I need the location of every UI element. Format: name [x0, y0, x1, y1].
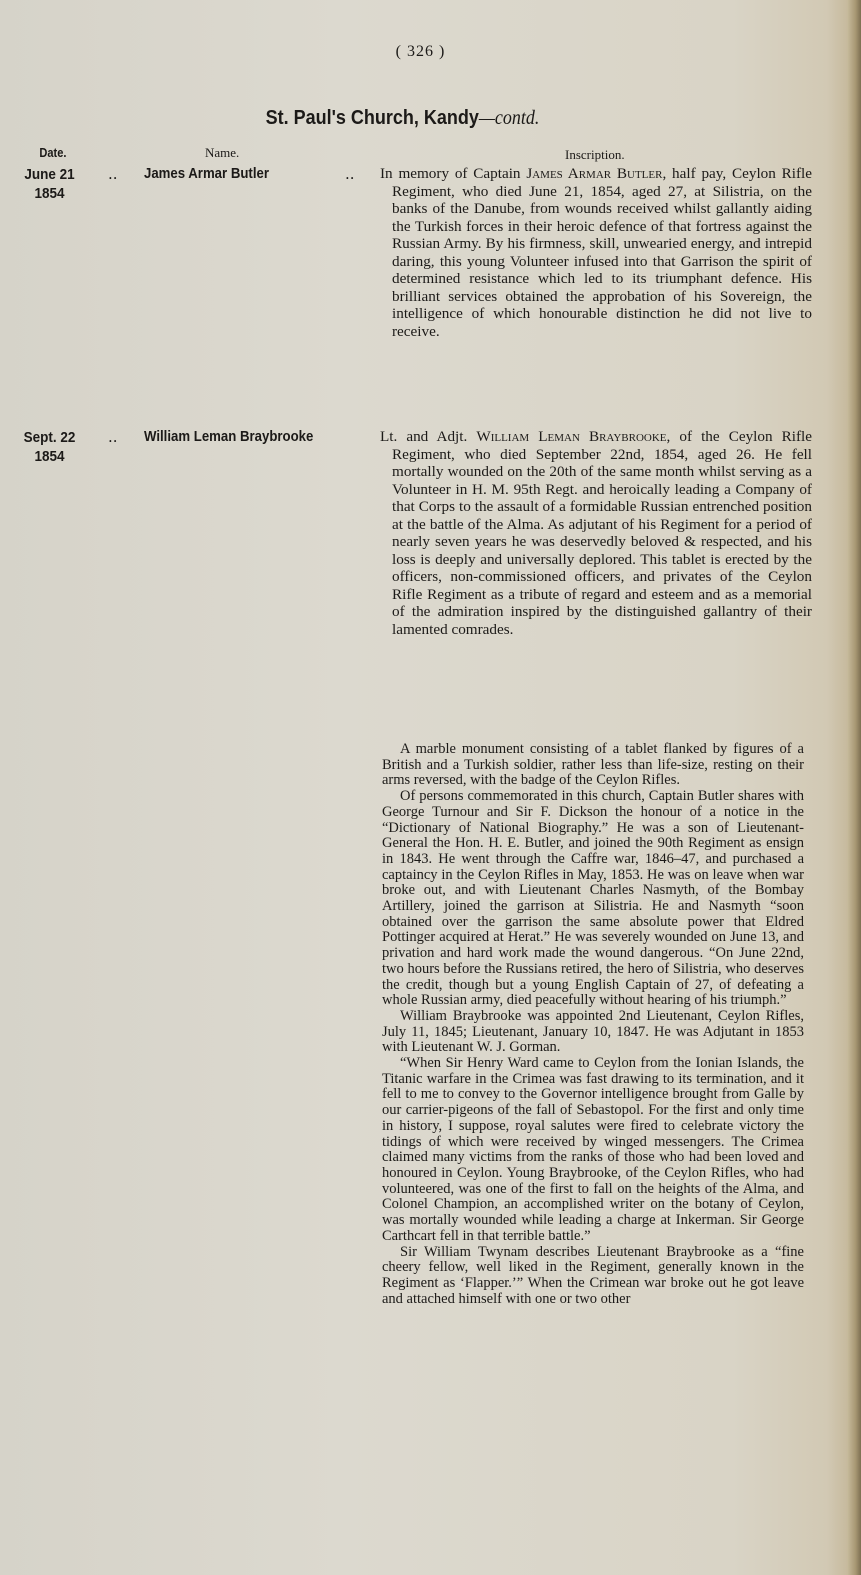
leader-dots: .. [108, 428, 118, 446]
title-contd: —contd. [479, 107, 539, 129]
page-number: ( 326 ) [0, 43, 851, 61]
note-paragraph: Sir William Twynam describes Lieutenant … [382, 1245, 804, 1308]
page-title: St. Paul's Church, Kandy—contd. [15, 107, 790, 130]
note-paragraph: William Braybrooke was appointed 2nd Lie… [382, 1009, 804, 1056]
entry-inscription: In memory of Captain James Armar Butler,… [380, 165, 812, 340]
note-paragraph: “When Sir Henry Ward came to Ceylon from… [382, 1056, 804, 1244]
title-main: St. Paul's Church, Kandy [266, 107, 479, 129]
entry-date: Sept. 22 1854 [18, 428, 81, 466]
note-paragraph: Of persons commemorated in this church, … [382, 789, 804, 1009]
entry-date: June 21 1854 [18, 165, 81, 203]
note-paragraph: A marble monument consisting of a tablet… [382, 742, 804, 789]
column-header-name: Name. [205, 145, 239, 161]
leader-dots: .. [108, 165, 118, 183]
leader-dots: .. [345, 165, 355, 183]
entry-name: James Armar Butler [144, 165, 269, 182]
entry-inscription: Lt. and Adjt. William Leman Braybrooke, … [380, 428, 812, 638]
page-edge [847, 0, 861, 1575]
column-header-date: Date. [39, 145, 66, 160]
entry-name: William Leman Braybrooke [144, 428, 313, 445]
notes-section: A marble monument consisting of a tablet… [382, 742, 804, 1307]
column-header-inscription: Inscription. [565, 147, 625, 163]
